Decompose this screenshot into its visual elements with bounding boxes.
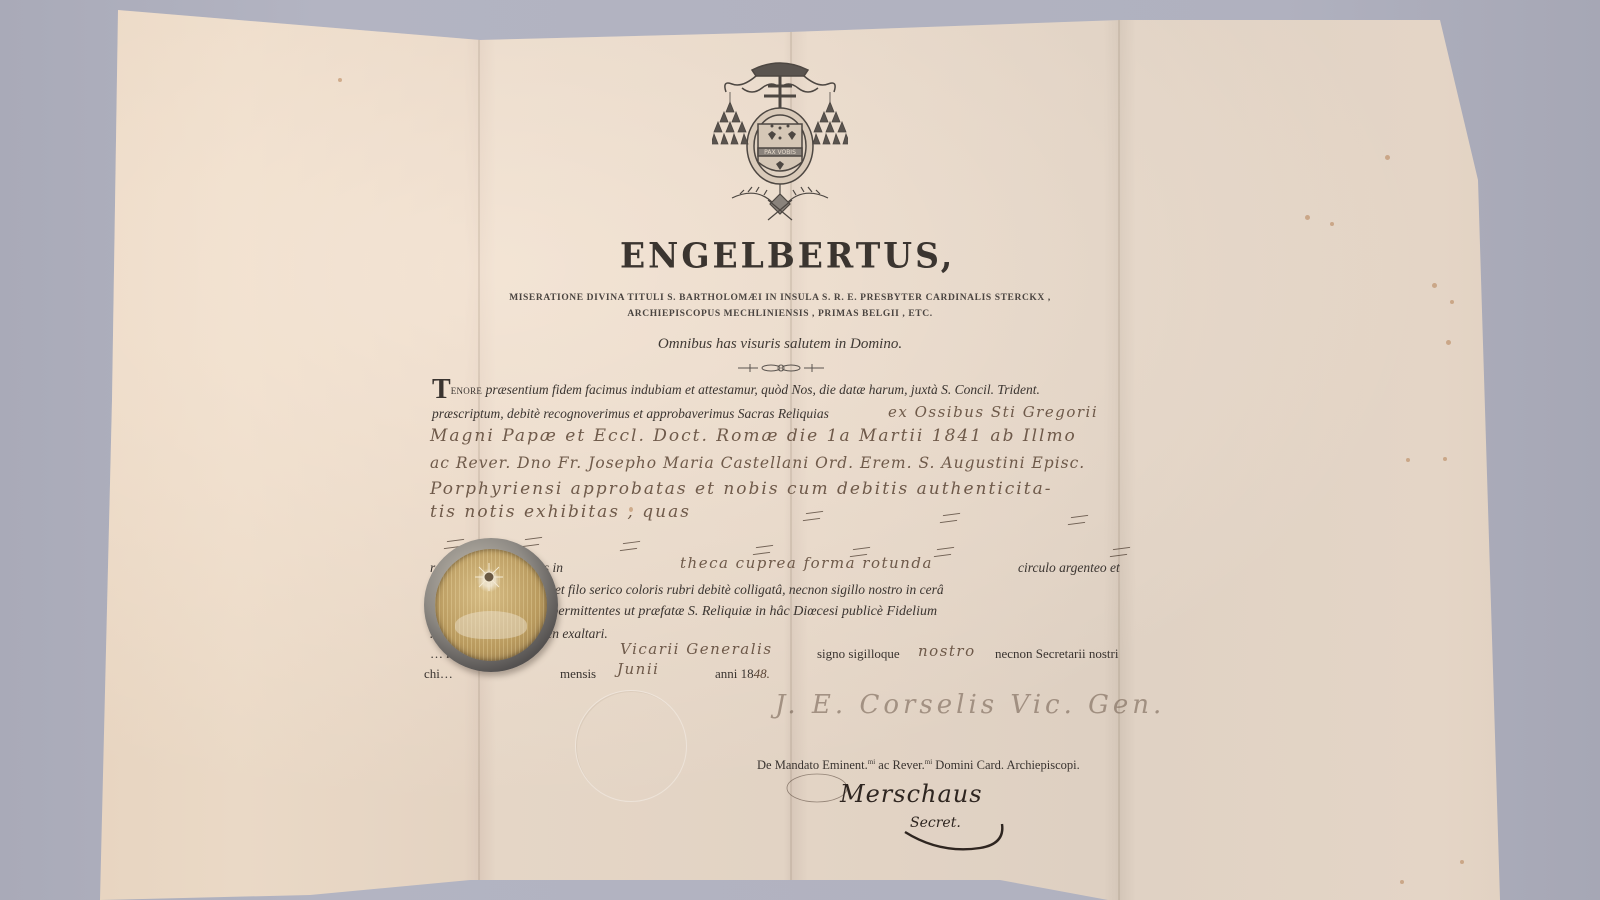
cardinal-coat-of-arms-icon: PAX VOBIS — [712, 58, 848, 223]
handwritten-month: Junii — [617, 660, 659, 678]
signo-printed-mid: signo sigilloque — [817, 646, 900, 662]
embossed-seal — [575, 690, 687, 802]
date-printed-mensis: mensis — [560, 666, 596, 682]
body-line-2-printed: præscriptum, debitè recognoverimus et ap… — [432, 406, 829, 422]
mandate-part-3: Domini Card. Archiepiscopi. — [932, 758, 1080, 772]
foxing-spot — [1305, 215, 1310, 220]
handwritten-line-3: Porphyriensi approbatas et nobis cum deb… — [430, 479, 1052, 499]
paper-fold — [1118, 0, 1120, 900]
foxing-spot — [1460, 860, 1464, 864]
subtitle-line-1: MISERATIONE DIVINA TITULI S. BARTHOLOMÆI… — [470, 293, 1090, 303]
date-printed-start: chi… — [424, 666, 453, 682]
handwritten-vicarii: Vicarii Generalis — [620, 640, 773, 658]
handwritten-relic-name: ex Ossibus Sti Gregorii — [888, 403, 1098, 421]
foxing-spot — [338, 78, 342, 82]
ornament-divider-icon — [736, 362, 826, 374]
subtitle-line-2: ARCHIEPISCOPUS MECHLINIENSIS , PRIMAS BE… — [470, 309, 1090, 319]
date-printed-anni: anni 1848. — [715, 666, 770, 682]
foxing-spot — [1330, 222, 1334, 226]
foxing-spot — [1450, 300, 1454, 304]
document-title: ENGELBERTUS, — [620, 235, 940, 276]
reliquary-glass — [435, 549, 547, 661]
drop-cap: T — [432, 374, 451, 405]
handwritten-year: 48. — [754, 666, 770, 681]
foxing-spot — [1385, 155, 1390, 160]
greeting: Omnibus has visuris salutem in Domino. — [600, 336, 960, 353]
date-anni-label: anni 18 — [715, 666, 754, 681]
smallcaps-word: ENORE — [451, 386, 483, 396]
foxing-spot — [1406, 458, 1410, 462]
handwritten-line-1: Magni Papæ et Eccl. Doct. Romæ die 1a Ma… — [430, 426, 1077, 446]
handwritten-line-4: tis notis exhibitas , quas — [430, 502, 691, 522]
foxing-spot — [1400, 880, 1404, 884]
signature-underline-icon — [900, 818, 1015, 858]
secretary-signature: Merschaus — [840, 780, 983, 808]
relic-star-icon — [475, 563, 503, 591]
body-line-1: TENORE præsentium fidem facimus indubiam… — [432, 376, 1040, 404]
collocavimus-printed-end: circulo argenteo et — [1018, 560, 1120, 576]
foxing-spot — [1443, 457, 1447, 461]
paper-fold — [478, 0, 480, 900]
handwritten-nostro: nostro — [918, 642, 976, 660]
foxing-spot — [1446, 340, 1451, 345]
foxing-spot — [1432, 283, 1437, 288]
relic-cloth — [455, 611, 527, 639]
mandate-part-2: ac Rever. — [875, 758, 925, 772]
handwritten-line-2: ac Rever. Dno Fr. Josepho Maria Castella… — [430, 454, 1085, 472]
reliquary-theca — [424, 538, 558, 672]
signo-printed-end: necnon Secretarii nostri — [995, 646, 1118, 662]
crest-motto: PAX VOBIS — [764, 149, 796, 156]
handwritten-theca: theca cuprea forma rotunda — [680, 554, 933, 572]
body-line-1-text: præsentium fidem facimus indubiam et att… — [482, 382, 1040, 397]
vicar-general-signature: J. E. Corselis Vic. Gen. — [775, 690, 1165, 720]
